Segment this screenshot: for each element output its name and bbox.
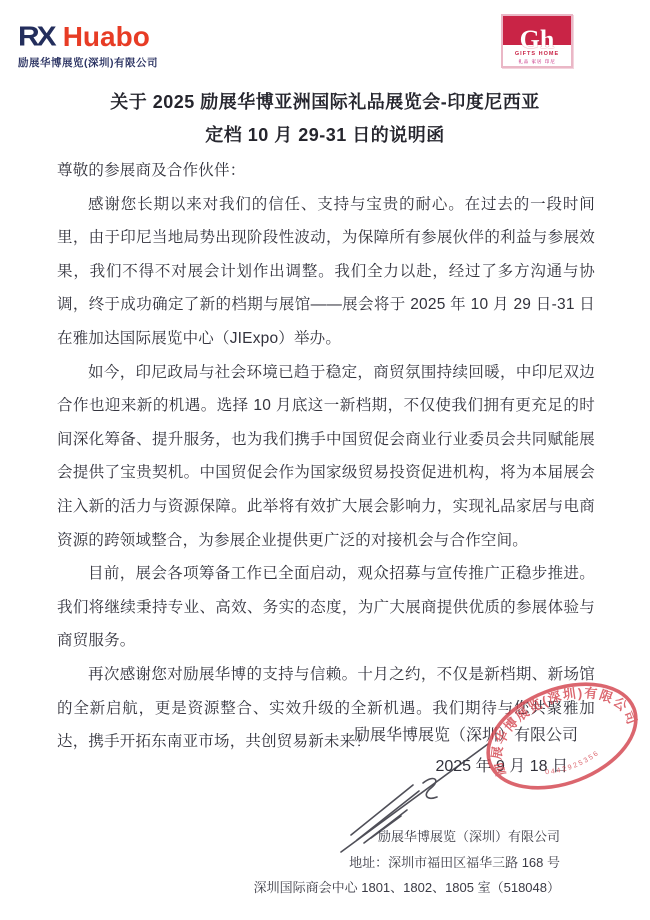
huabo-logo-text: Huabo: [63, 23, 150, 51]
letter-body: 尊敬的参展商及合作伙伴： 感谢您长期以来对我们的信任、支持与宝贵的耐心。在过去的…: [57, 154, 595, 759]
paragraph-3: 目前，展会各项筹备工作已全面启动，观众招募与宣传推广正稳步推进。我们将继续秉持专…: [57, 557, 595, 658]
letter-page: RX Huabo 励展华博展览(深圳)有限公司 Gh GIFTS HOME 礼品…: [0, 0, 650, 920]
gh-monogram-icon: Gh: [520, 30, 555, 51]
rx-huabo-logo: RX Huabo 励展华博展览(深圳)有限公司: [18, 22, 158, 70]
gifts-home-tagline: 礼品 家居 印尼: [503, 59, 571, 65]
paragraph-1: 感谢您长期以来对我们的信任、支持与宝贵的耐心。在过去的一段时间里，由于印尼当地局…: [57, 188, 595, 356]
document-title: 关于 2025 励展华博亚洲国际礼品展览会-印度尼西亚 定档 10 月 29-3…: [0, 86, 650, 152]
title-line-1: 关于 2025 励展华博亚洲国际礼品展览会-印度尼西亚: [0, 86, 650, 119]
rx-logo-mark: RX: [18, 23, 54, 51]
footer-company: 励展华博展览（深圳）有限公司: [254, 824, 560, 850]
signature-block: 励展华博展览（深圳）有限公司 2025 年 9 月 18 日: [354, 720, 578, 782]
salutation: 尊敬的参展商及合作伙伴：: [57, 154, 595, 188]
logo-company-subtitle: 励展华博展览(深圳)有限公司: [18, 55, 158, 70]
gifts-home-logo-red-block: Gh: [503, 16, 571, 45]
footer-address-line2: 深圳国际商会中心 1801、1802、1805 室（518048）: [254, 875, 560, 901]
signature-company: 励展华博展览（深圳）有限公司: [354, 720, 578, 751]
signature-date: 2025 年 9 月 18 日: [354, 751, 578, 782]
paragraph-2: 如今，印尼政局与社会环境已趋于稳定，商贸氛围持续回暖，中印尼双边合作也迎来新的机…: [57, 356, 595, 558]
logo-wordmark: RX Huabo: [18, 22, 158, 52]
footer-address-line1: 地址：深圳市福田区福华三路 168 号: [254, 850, 560, 876]
title-line-2: 定档 10 月 29-31 日的说明函: [0, 119, 650, 152]
gifts-home-logo: Gh GIFTS HOME 礼品 家居 印尼: [501, 14, 573, 68]
footer-contact-block: 励展华博展览（深圳）有限公司 地址：深圳市福田区福华三路 168 号 深圳国际商…: [254, 824, 560, 901]
